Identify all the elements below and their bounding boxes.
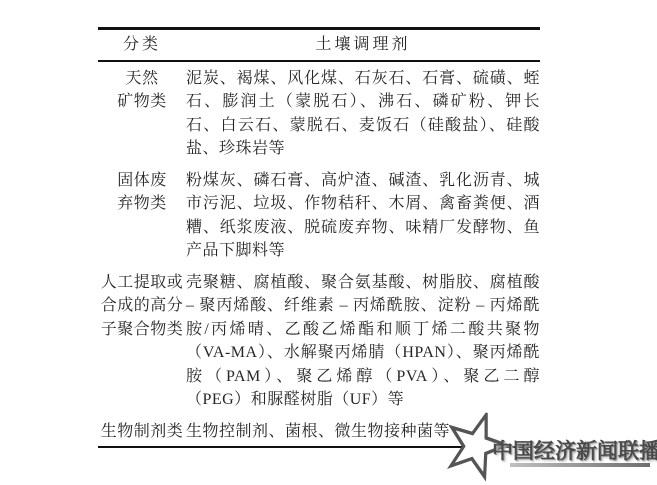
- table-row: 人工提取或 合成的高分 子聚合物类 壳聚糖、腐植酸、聚合氨基酸、树脂胶、腐植酸 …: [98, 266, 540, 415]
- table-row: 固体废 弃物类 粉煤灰、磷石膏、高炉渣、碱渣、乳化沥青、城市污泥、垃圾、作物秸秆…: [98, 164, 540, 266]
- watermark-underline: [510, 463, 650, 467]
- row-category-natural-minerals: 天然 矿物类: [98, 61, 186, 164]
- row-category-synthetic-polymers: 人工提取或 合成的高分 子聚合物类: [98, 266, 186, 415]
- table-header-row: 分类 土壤调理剂: [98, 29, 540, 61]
- table-row: 天然 矿物类 泥炭、褐煤、风化煤、石灰石、石膏、硫磺、蛭石、膨润土（蒙脱石）、沸…: [98, 61, 540, 164]
- soil-conditioner-table: 分类 土壤调理剂 天然 矿物类 泥炭、褐煤、风化煤、石灰石、石膏、硫磺、蛭石、膨…: [98, 27, 540, 448]
- row-items-biological-agents: 生物控制剂、菌根、微生物接种菌等: [186, 415, 540, 448]
- row-items-synthetic-polymers: 壳聚糖、腐植酸、聚合氨基酸、树脂胶、腐植酸 – 聚丙烯酸、纤维素 – 丙烯酰胺、…: [186, 266, 540, 415]
- row-category-solid-waste: 固体废 弃物类: [98, 164, 186, 266]
- row-category-biological-agents: 生物制剂类: [98, 415, 186, 448]
- row-items-natural-minerals: 泥炭、褐煤、风化煤、石灰石、石膏、硫磺、蛭石、膨润土（蒙脱石）、沸石、磷矿粉、钾…: [186, 61, 540, 164]
- table-row: 生物制剂类 生物控制剂、菌根、微生物接种菌等: [98, 415, 540, 448]
- row-items-solid-waste: 粉煤灰、磷石膏、高炉渣、碱渣、乳化沥青、城市污泥、垃圾、作物秸秆、木屑、禽畜粪便…: [186, 164, 540, 266]
- column-header-conditioner: 土壤调理剂: [186, 29, 540, 61]
- column-header-category: 分类: [98, 29, 186, 61]
